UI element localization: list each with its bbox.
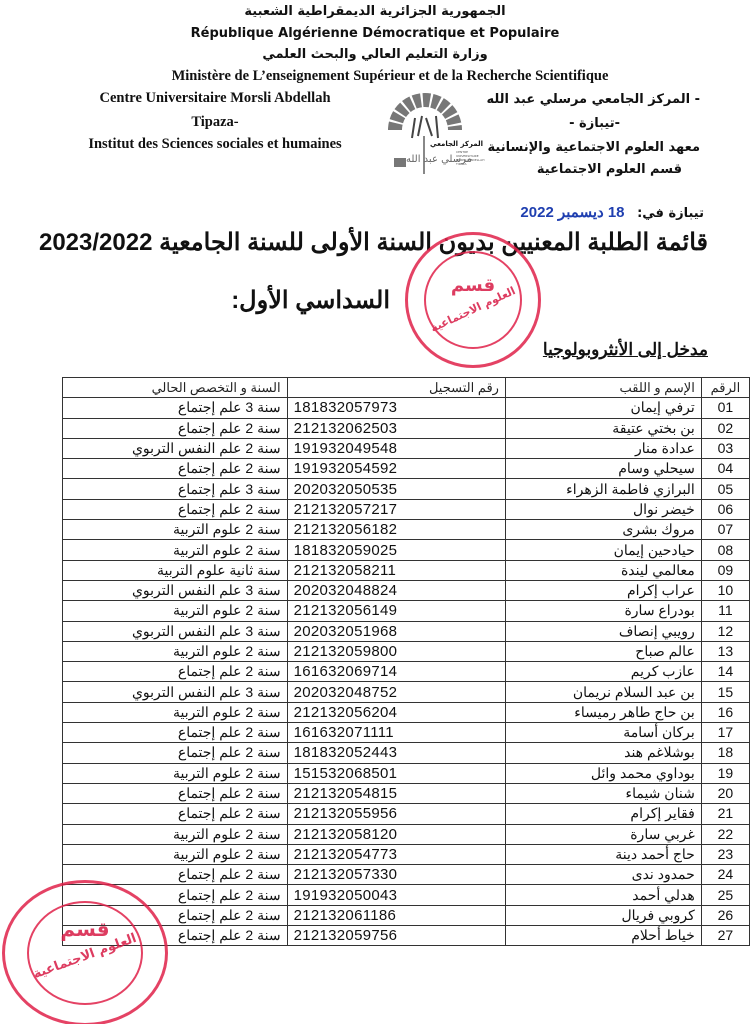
table-row: 26كروبي فريال212132061186سنة 2 علم إجتما… [63,905,750,925]
current-specialty: سنة 2 علم إجتماع [63,459,288,479]
registration-number: 191932049548 [287,438,505,458]
registration-number: 212132057217 [287,499,505,519]
row-number: 14 [701,662,749,682]
student-name: عدادة منار [505,438,701,458]
student-name: البرازي فاطمة الزهراء [505,479,701,499]
current-specialty: سنة 2 علوم التربية [63,702,288,722]
current-specialty: سنة 2 علم إجتماع [63,804,288,824]
ministry-fr: Ministère de L’enseignement Supérieur et… [0,68,750,85]
student-name: حيادحين إيمان [505,540,701,560]
current-specialty: سنة 2 علم إجتماع [63,723,288,743]
row-number: 05 [701,479,749,499]
table-header-row: الرقم الإسم و اللقب رقم التسجيل السنة و … [63,378,750,398]
table-row: 21فقاير إكرام212132055956سنة 2 علم إجتما… [63,804,750,824]
row-number: 27 [701,926,749,946]
current-specialty: سنة 2 علوم التربية [63,520,288,540]
student-name: عازب كريم [505,662,701,682]
current-specialty: سنة 2 علوم التربية [63,601,288,621]
republic-ar: الجمهورية الجزائرية الديمقراطية الشعبية [0,4,750,19]
registration-number: 202032048824 [287,580,505,600]
current-specialty: سنة 2 علوم التربية [63,824,288,844]
student-name: بوداوي محمد وائل [505,763,701,783]
registration-number: 212132062503 [287,418,505,438]
department-stamp-bottom: قسم العلوم الاجتماعية [2,880,168,1024]
logo-name-ar2: مرسلي عبد الله [406,154,472,165]
table-row: 11بودراع سارة212132056149سنة 2 علوم التر… [63,601,750,621]
current-specialty: سنة 2 علم إجتماع [63,743,288,763]
module-name: مدخل إلى الأنثروبولوجيا [543,340,708,360]
registration-number: 181832052443 [287,743,505,763]
row-number: 21 [701,804,749,824]
table-row: 15بن عبد السلام نريمان202032048752سنة 3 … [63,682,750,702]
registration-number: 212132057330 [287,865,505,885]
registration-number: 212132056204 [287,702,505,722]
col-header-reg: رقم التسجيل [287,378,505,398]
current-specialty: سنة 3 علم النفس التربوي [63,580,288,600]
registration-number: 212132054815 [287,783,505,803]
student-name: معالمي ليندة [505,560,701,580]
table-row: 02بن بختي عتيقة212132062503سنة 2 علم إجت… [63,418,750,438]
student-name: شنان شيماء [505,783,701,803]
current-specialty: سنة 2 علوم التربية [63,844,288,864]
row-number: 12 [701,621,749,641]
institution-ar-line2: -تيبازة - [500,116,620,131]
table-row: 20شنان شيماء212132054815سنة 2 علم إجتماع [63,783,750,803]
row-number: 17 [701,723,749,743]
table-row: 04سيحلي وسام191932054592سنة 2 علم إجتماع [63,459,750,479]
table-row: 06خيضر نوال212132057217سنة 2 علم إجتماع [63,499,750,519]
registration-number: 191932050043 [287,885,505,905]
col-header-spec: السنة و التخصص الحالي [63,378,288,398]
table-row: 03عدادة منار191932049548سنة 2 علم النفس … [63,438,750,458]
row-number: 25 [701,885,749,905]
current-specialty: سنة 3 علم النفس التربوي [63,621,288,641]
row-number: 11 [701,601,749,621]
table-row: 13عالم صباح212132059800سنة 2 علوم التربي… [63,641,750,661]
row-number: 16 [701,702,749,722]
table-row: 23حاج أحمد دينة212132054773سنة 2 علوم ال… [63,844,750,864]
row-number: 01 [701,398,749,418]
current-specialty: سنة 2 علوم التربية [63,540,288,560]
table-row: 07مروك بشرى212132056182سنة 2 علوم التربي… [63,520,750,540]
registration-number: 212132054773 [287,844,505,864]
institution-fr-line2: Tipaza- [70,114,360,131]
table-row: 10عراب إكرام202032048824سنة 3 علم النفس … [63,580,750,600]
semester-subtitle: السداسي الأول: [231,286,390,315]
current-specialty: سنة 3 علم إجتماع [63,479,288,499]
table-row: 05البرازي فاطمة الزهراء202032050535سنة 3… [63,479,750,499]
table-row: 24حمدود ندى212132057330سنة 2 علم إجتماع [63,865,750,885]
current-specialty: سنة 2 علم إجتماع [63,783,288,803]
table-row: 09معالمي ليندة212132058211سنة ثانية علوم… [63,560,750,580]
col-header-num: الرقم [701,378,749,398]
registration-number: 212132058211 [287,560,505,580]
institution-fr-line3: Institut des Sciences sociales et humain… [70,136,360,153]
logo-name-ar: المركز الجامعي [430,140,483,148]
registration-number: 212132058120 [287,824,505,844]
student-name: بودراع سارة [505,601,701,621]
current-specialty: سنة ثانية علوم التربية [63,560,288,580]
table-row: 08حيادحين إيمان181832059025سنة 2 علوم ال… [63,540,750,560]
registration-number: 202032048752 [287,682,505,702]
row-number: 20 [701,783,749,803]
current-specialty: سنة 2 علم النفس التربوي [63,438,288,458]
table-row: 25هدلي أحمد191932050043سنة 2 علم إجتماع [63,885,750,905]
student-name: بركان أسامة [505,723,701,743]
table-row: 16بن حاج طاهر رميساء212132056204سنة 2 عل… [63,702,750,722]
student-name: بن بختي عتيقة [505,418,701,438]
university-logo: المركز الجامعي CENTRE UNIVERSITAIRE MORS… [360,88,490,178]
row-number: 26 [701,905,749,925]
current-specialty: سنة 2 علم إجتماع [63,499,288,519]
student-name: حمدود ندى [505,865,701,885]
row-number: 15 [701,682,749,702]
col-header-name: الإسم و اللقب [505,378,701,398]
table-row: 22غربي سارة212132058120سنة 2 علوم التربي… [63,824,750,844]
registration-number: 212132059800 [287,641,505,661]
row-number: 18 [701,743,749,763]
row-number: 08 [701,540,749,560]
current-specialty: سنة 3 علم النفس التربوي [63,682,288,702]
date-line: تيبازة في: 18 ديسمبر 2022 [520,203,704,221]
row-number: 02 [701,418,749,438]
row-number: 22 [701,824,749,844]
page-title: قائمة الطلبة المعنيين بديون السنة الأولى… [28,228,708,257]
student-name: خياط أحلام [505,926,701,946]
student-name: غربي سارة [505,824,701,844]
student-name: رويبي إنصاف [505,621,701,641]
row-number: 04 [701,459,749,479]
student-name: مروك بشرى [505,520,701,540]
date-value: 18 ديسمبر 2022 [520,204,624,221]
student-name: خيضر نوال [505,499,701,519]
date-label: تيبازة في: [637,206,704,221]
student-name: عالم صباح [505,641,701,661]
ministry-ar: وزارة التعليم العالي والبحث العلمي [0,47,750,62]
row-number: 03 [701,438,749,458]
student-name: سيحلي وسام [505,459,701,479]
table-row: 12رويبي إنصاف202032051968سنة 3 علم النفس… [63,621,750,641]
registration-number: 212132061186 [287,905,505,925]
institution-ar-line1: - المركز الجامعي مرسلي عبد الله [470,92,700,107]
current-specialty: سنة 3 علم إجتماع [63,398,288,418]
student-name: عراب إكرام [505,580,701,600]
table-row: 14عازب كريم161632069714سنة 2 علم إجتماع [63,662,750,682]
student-name: ترفي إيمان [505,398,701,418]
department-stamp: قسم العلوم الاجتماعية [405,232,541,368]
row-number: 23 [701,844,749,864]
row-number: 09 [701,560,749,580]
institution-fr-line1: Centre Universitaire Morsli Abdellah [70,90,360,107]
student-name: حاج أحمد دينة [505,844,701,864]
students-table: الرقم الإسم و اللقب رقم التسجيل السنة و … [62,377,750,946]
table-row: 19بوداوي محمد وائل151532068501سنة 2 علوم… [63,763,750,783]
row-number: 19 [701,763,749,783]
student-name: فقاير إكرام [505,804,701,824]
registration-number: 191932054592 [287,459,505,479]
row-number: 24 [701,865,749,885]
registration-number: 212132056149 [287,601,505,621]
student-name: كروبي فريال [505,905,701,925]
registration-number: 202032050535 [287,479,505,499]
current-specialty: سنة 2 علوم التربية [63,641,288,661]
registration-number: 212132059756 [287,926,505,946]
student-name: بن عبد السلام نريمان [505,682,701,702]
table-row: 17بركان أسامة161632071111سنة 2 علم إجتما… [63,723,750,743]
registration-number: 202032051968 [287,621,505,641]
registration-number: 161632071111 [287,723,505,743]
registration-number: 181832059025 [287,540,505,560]
registration-number: 151532068501 [287,763,505,783]
student-name: هدلي أحمد [505,885,701,905]
registration-number: 161632069714 [287,662,505,682]
row-number: 07 [701,520,749,540]
row-number: 06 [701,499,749,519]
student-name: بن حاج طاهر رميساء [505,702,701,722]
current-specialty: سنة 2 علم إجتماع [63,662,288,682]
registration-number: 212132056182 [287,520,505,540]
republic-fr: République Algérienne Démocratique et Po… [0,26,750,41]
registration-number: 181832057973 [287,398,505,418]
student-name: بوشلاغم هند [505,743,701,763]
current-specialty: سنة 2 علم إجتماع [63,418,288,438]
row-number: 13 [701,641,749,661]
table-row: 18بوشلاغم هند181832052443سنة 2 علم إجتما… [63,743,750,763]
row-number: 10 [701,580,749,600]
registration-number: 212132055956 [287,804,505,824]
current-specialty: سنة 2 علوم التربية [63,763,288,783]
table-row: 01ترفي إيمان181832057973سنة 3 علم إجتماع [63,398,750,418]
institution-ar-line3: معهد العلوم الاجتماعية والإنسانية [470,140,700,155]
